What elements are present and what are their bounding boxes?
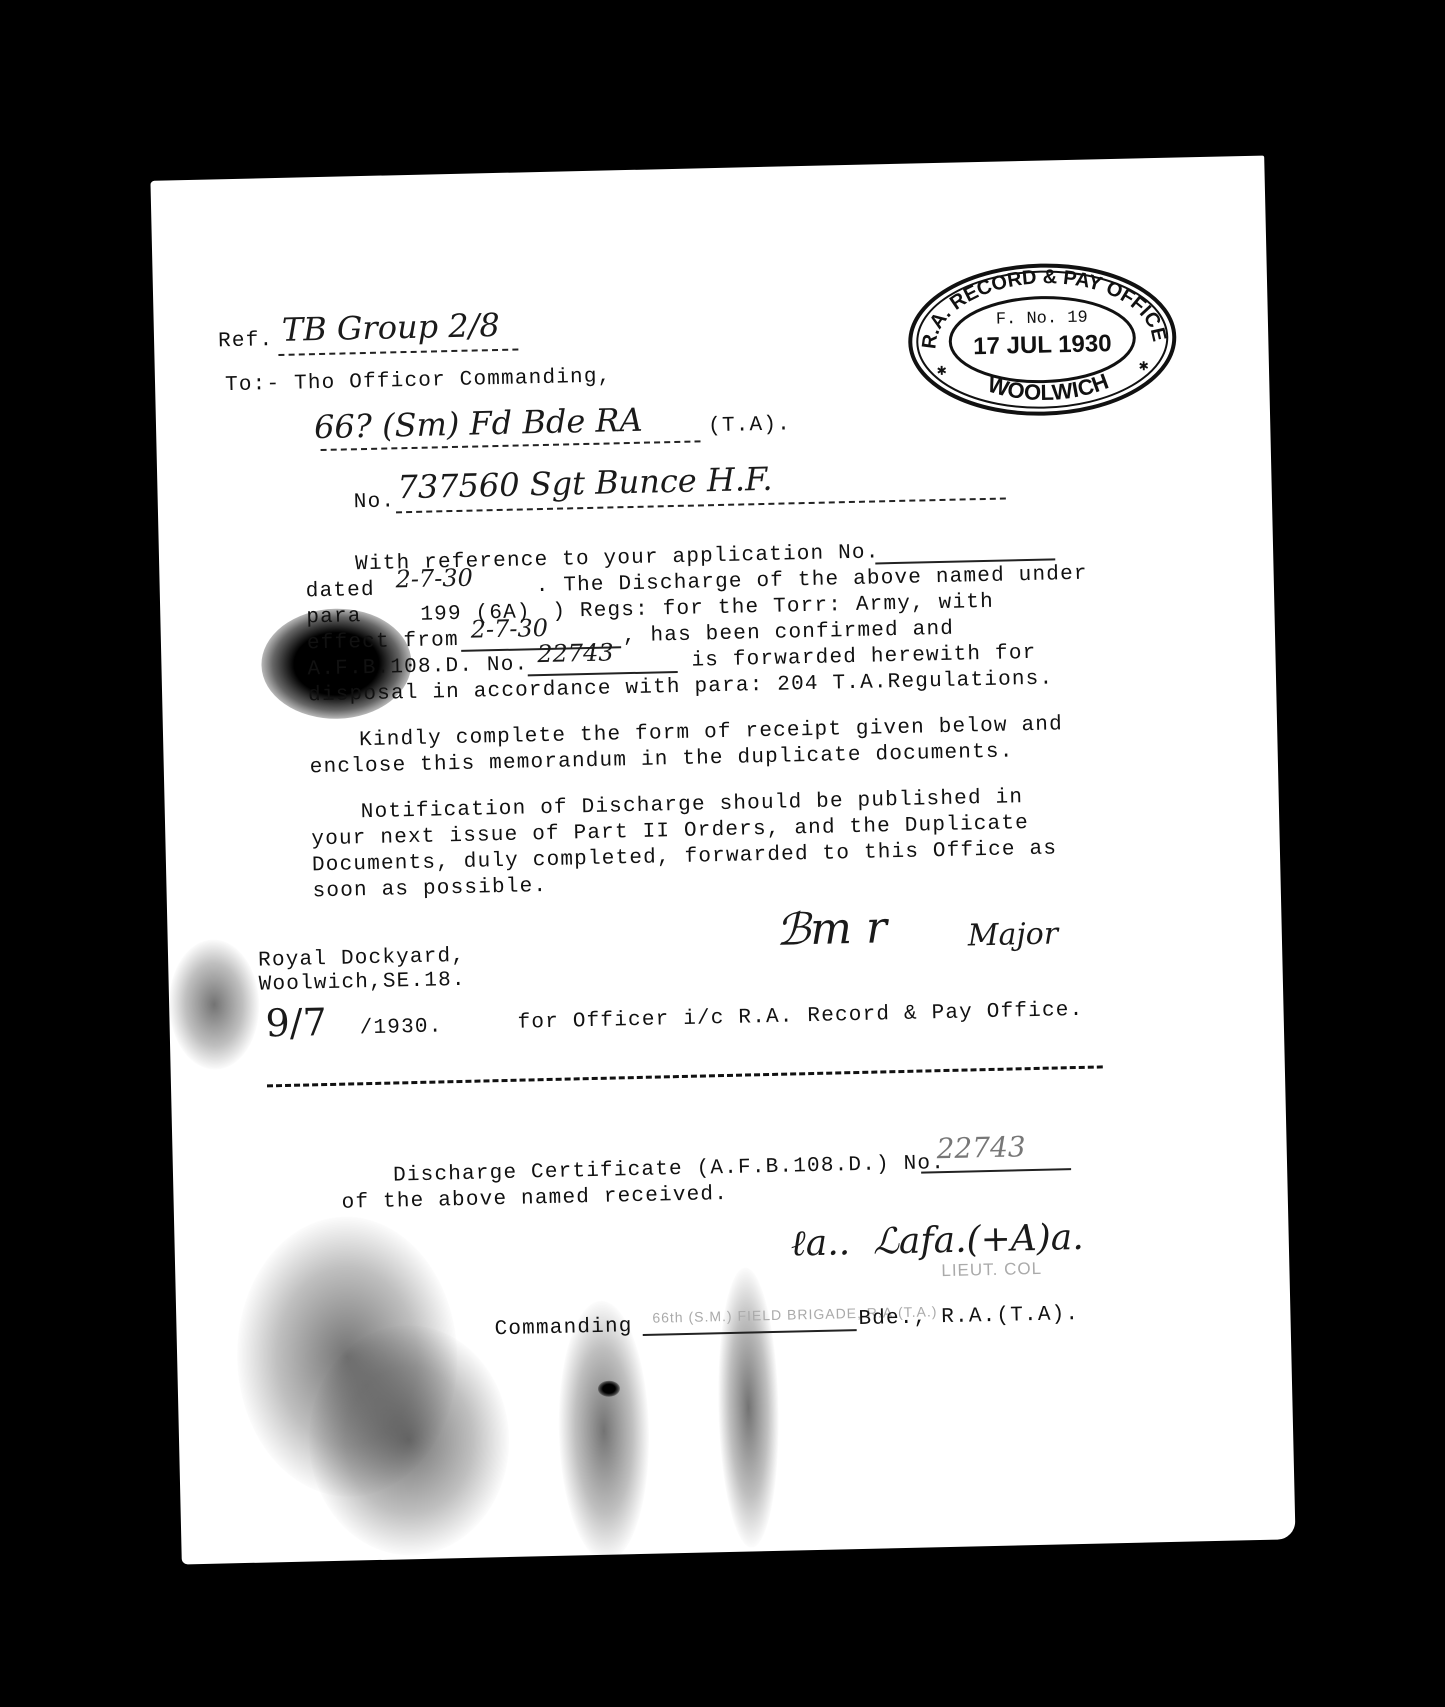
p1-dated-label: dated: [306, 580, 375, 603]
officer-signature: ℬm r: [775, 902, 887, 956]
receipt-no: 22743: [936, 1133, 1026, 1163]
p1-effect-date: 2-7-30: [470, 616, 548, 642]
p1-line-5-rest: is forwarded herewith for: [691, 643, 1036, 672]
receipt-line-1: Discharge Certificate (A.F.B.108.D.) No.: [393, 1153, 945, 1187]
to-label: To:- Tho Officor Commanding,: [225, 366, 612, 396]
signatory-line: for Officer i/c R.A. Record & Pay Office…: [517, 1000, 1083, 1034]
address-line-2: Woolwich,SE.18.: [258, 970, 465, 996]
p1-afb-no: 22743: [537, 640, 614, 666]
stamp-inner-line: F. No. 19: [996, 309, 1088, 330]
p1-line-4-rest: , has been confirmed and: [623, 619, 955, 648]
address-line-1: Royal Dockyard,: [258, 946, 465, 972]
unit-suffix: (T.A).: [708, 414, 791, 437]
stain-bottom-left: [234, 1214, 460, 1499]
officer-rank: Major: [967, 916, 1058, 953]
ref-fill-line: [278, 349, 518, 356]
svg-text:✱: ✱: [937, 362, 947, 380]
p3-line-4: soon as possible.: [312, 876, 547, 902]
signature-rank-stamp: LIEUT. COL: [941, 1259, 1042, 1281]
document-page: R.A. RECORD & PAY OFFICE WOOLWICH F. No.…: [150, 156, 1295, 1565]
svg-text:✱: ✱: [1139, 357, 1149, 375]
unit-handwritten: 66? (Sm) Fd Bde RA: [314, 404, 643, 443]
commanding-label: Commanding: [494, 1316, 632, 1340]
tear-off-separator: [267, 1065, 1103, 1087]
receipt-signature: ℓa.. ℒafa.(+A)a.: [790, 1216, 1084, 1265]
record-pay-office-stamp: R.A. RECORD & PAY OFFICE WOOLWICH F. No.…: [905, 258, 1181, 422]
ref-value: TB Group 2/8: [281, 309, 500, 346]
p1-dated-date: 2-7-30: [395, 566, 473, 592]
soldier-handwritten: 737560 Sgt Bunce H.F.: [397, 463, 773, 503]
commanding-fill-line: [643, 1329, 857, 1336]
p1-effect-label: effect from: [307, 630, 459, 654]
p1-afb-label: A.F.B.108.D. No.: [307, 654, 528, 680]
commanding-suffix: Bde., R.A.(T.A).: [858, 1304, 1079, 1330]
stamp-date: 17 JUL 1930: [973, 330, 1112, 360]
date-year: /1930.: [359, 1016, 442, 1039]
p1-para-label: para: [306, 606, 362, 628]
ref-label: Ref.: [218, 330, 274, 352]
soldier-no-label: No.: [354, 491, 396, 513]
receipt-line-2: of the above named received.: [341, 1184, 728, 1214]
date-handwritten: 9/7: [265, 1003, 327, 1042]
stain-bottom-left-2: [307, 1323, 512, 1557]
stain-left-middle: [168, 939, 261, 1071]
ink-dot: [598, 1380, 620, 1396]
